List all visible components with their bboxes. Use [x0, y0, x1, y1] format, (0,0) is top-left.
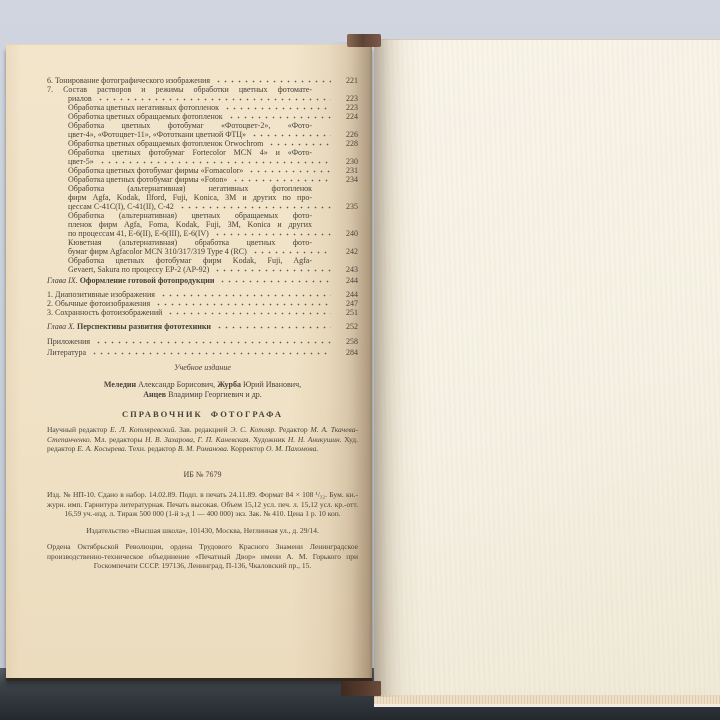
book-title: СПРАВОЧНИК ФОТОГРАФА	[47, 410, 358, 420]
toc-entry: 2. Обычные фотоизображения247	[47, 299, 358, 308]
toc-entry: Обработка цветных фотобумаг фирмы «Fomac…	[47, 166, 358, 175]
toc-dot-leader	[91, 348, 331, 356]
toc-entry-last-line: цвет-5»230	[68, 157, 358, 166]
toc-entry: Обработка цветных фотобумаг фирмы «Foton…	[47, 175, 358, 184]
toc-chapter-prefix: Глава X.	[47, 322, 77, 331]
toc-dot-leader	[219, 276, 331, 284]
toc-dot-leader	[155, 299, 331, 307]
toc-chapter-title: Оформление готовой фотопродукции	[80, 276, 215, 285]
toc-entry: Приложения258	[47, 337, 358, 346]
toc-entry: 3. Сохранность фотоизображений251	[47, 308, 358, 317]
ib-number: ИБ № 7679	[47, 470, 358, 480]
toc-entry-line: Обработка цветных фотобумаг Fortecolor M…	[68, 148, 358, 157]
spine-headband-top	[347, 34, 381, 47]
toc-chapter-prefix: Глава IX.	[47, 276, 80, 285]
gutter-shadow-right	[374, 39, 404, 697]
toc-entry-text: бумаг фирм Agfacolor MCN 310/317/319 Typ…	[68, 247, 247, 256]
text-segment: О. М. Пахомова.	[266, 444, 318, 453]
toc-dot-leader	[160, 290, 331, 298]
gutter-shadow-left	[328, 42, 372, 678]
text-segment: В. М. Романова.	[178, 444, 229, 453]
spine-headband-bottom	[341, 681, 381, 696]
toc-entry-last-line: Глава IX. Оформление готовой фотопродукц…	[47, 276, 358, 285]
toc-entry: Глава IX. Оформление готовой фотопродукц…	[47, 276, 358, 285]
toc-dot-leader	[268, 139, 331, 147]
toc-entry: Глава X. Перспективы развития фототехник…	[47, 322, 358, 331]
colophon: Учебное издание Меледин Александр Борисо…	[47, 363, 358, 571]
text-segment: Научный редактор	[47, 425, 110, 434]
toc-entry-line: Обработка (альтернативная) негативных фо…	[68, 184, 358, 193]
toc-dot-leader	[251, 130, 331, 138]
authors-line-2: Анцев Владимир Георгиевич и др.	[47, 390, 358, 401]
text-segment: Анцев	[143, 390, 166, 399]
text-segment: Е. Л. Котляревский.	[110, 425, 176, 434]
page-block-fore-edge	[374, 695, 720, 707]
toc-entry-last-line: 6. Тонирование фотографического изображе…	[47, 76, 358, 85]
toc-dot-leader	[97, 94, 331, 102]
toc-entry-text: 3. Сохранность фотоизображений	[47, 308, 162, 317]
toc-entry-last-line: цвет-4», «Фотоцвет-11», «Фототкани цветн…	[68, 130, 358, 139]
toc-dot-leader	[99, 157, 331, 165]
toc-entry-last-line: Обработка цветных обращаемых фотопленок2…	[68, 112, 358, 121]
toc-entry: Обработка цветных фотобумаг «Фотоцвет-2»…	[47, 121, 358, 139]
toc-entry-last-line: риалов223	[68, 94, 358, 103]
toc-dot-leader	[224, 103, 331, 111]
text-segment: Э. С. Котляр.	[230, 425, 276, 434]
toc-entry-last-line: 1. Диапозитивные изображения244	[47, 290, 358, 299]
toc-entry-last-line: Обработка цветных фотобумаг фирмы «Fomac…	[68, 166, 358, 175]
text-segment: Меледин	[104, 380, 136, 389]
toc-dot-leader	[252, 247, 331, 255]
text-segment: Корректор	[229, 444, 266, 453]
toc-entry: 7. Состав растворов и режимы обработки ц…	[47, 85, 358, 103]
authors-line-1: Меледин Александр Борисович, Журба Юрий …	[47, 380, 358, 391]
toc-entry-last-line: Gevaert, Sakura по процессу ЕР-2 (АР-92)…	[68, 265, 358, 274]
toc-entry-text: 2. Обычные фотоизображения	[47, 299, 150, 308]
left-page: 6. Тонирование фотографического изображе…	[6, 44, 372, 678]
text-segment: Редактор	[276, 425, 310, 434]
toc-entry: Обработка (альтернативная) цветных обращ…	[47, 211, 358, 238]
toc-entry-text: Обработка цветных обращаемых фотопленок …	[68, 139, 263, 148]
text-segment: Художник	[250, 435, 288, 444]
toc-entry-text: Обработка цветных фотобумаг фирмы «Fomac…	[68, 166, 243, 175]
text-segment: Мл. редакторы	[92, 435, 146, 444]
toc-entry-last-line: по процессам 41, Е-6(II), Е-6(III), Е-6(…	[68, 229, 358, 238]
toc-entry: Обработка цветных фотобумаг фирм Kodak, …	[47, 256, 358, 274]
toc-dot-leader	[179, 202, 331, 210]
toc-entry-last-line: 2. Обычные фотоизображения247	[47, 299, 358, 308]
toc-entry-last-line: Литература284	[47, 348, 358, 357]
text-segment: Александр Борисович,	[136, 380, 217, 389]
toc-entry: Обработка цветных обращаемых фотопленок2…	[47, 112, 358, 121]
toc-entry-text: 6. Тонирование фотографического изображе…	[47, 76, 210, 85]
right-page-blank	[374, 39, 720, 698]
toc-entry-line: Кюветная (альтернативная) обработка цвет…	[68, 238, 358, 247]
toc-entry-last-line: бумаг фирм Agfacolor MCN 310/317/319 Typ…	[68, 247, 358, 256]
toc-entry-line: 7. Состав растворов и режимы обработки ц…	[47, 85, 358, 94]
toc-entry: Обработка цветных фотобумаг Fortecolor M…	[47, 148, 358, 166]
toc-dot-leader	[215, 76, 331, 84]
imprint-paragraph: Изд. № НП-10. Сдано в набор. 14.02.89. П…	[47, 490, 358, 519]
table-of-contents: 6. Тонирование фотографического изображе…	[47, 76, 358, 357]
editors-paragraph: Научный редактор Е. Л. Котляревский. Зав…	[47, 425, 358, 454]
toc-entry-last-line: Глава X. Перспективы развития фототехник…	[47, 322, 358, 331]
toc-entry-line: пленок фирм Agfa, Foma, Kodak, Fuji, 3М,…	[68, 220, 358, 229]
toc-entry-text: Gevaert, Sakura по процессу ЕР-2 (АР-92)	[68, 265, 209, 274]
toc-entry-last-line: Обработка цветных фотобумаг фирмы «Foton…	[68, 175, 358, 184]
toc-entry-last-line: Обработка цветных негативных фотопленок2…	[68, 103, 358, 112]
toc-entry-text: Приложения	[47, 337, 90, 346]
toc-entry-last-line: цессам С-41С(I), С-41(II), С-42235	[68, 202, 358, 211]
toc-entry: Обработка (альтернативная) негативных фо…	[47, 184, 358, 211]
text-segment: Н. В. Захарова,	[145, 435, 195, 444]
toc-entry: Литература284	[47, 348, 358, 357]
printer-paragraph: Ордена Октябрьской Революции, ордена Тру…	[47, 542, 358, 571]
toc-entry-last-line: Обработка цветных обращаемых фотопленок …	[68, 139, 358, 148]
toc-entry-text: Глава IX. Оформление готовой фотопродукц…	[47, 276, 214, 285]
toc-entry-last-line: Приложения258	[47, 337, 358, 346]
toc-entry: Кюветная (альтернативная) обработка цвет…	[47, 238, 358, 256]
toc-entry: Обработка цветных обращаемых фотопленок …	[47, 139, 358, 148]
toc-entry-text: цвет-5»	[68, 157, 94, 166]
toc-dot-leader	[216, 322, 331, 330]
text-segment: Журба	[217, 380, 241, 389]
toc-entry-text: Обработка цветных фотобумаг фирмы «Foton…	[68, 175, 227, 184]
toc-chapter-title: Перспективы развития фототехники	[77, 322, 211, 331]
toc-entry-text: Обработка цветных обращаемых фотопленок	[68, 112, 223, 121]
toc-entry-text: Глава X. Перспективы развития фототехник…	[47, 322, 211, 331]
text-segment: Техн. редактор	[127, 444, 178, 453]
toc-entry: 1. Диапозитивные изображения244	[47, 290, 358, 299]
publisher-paragraph: Издательство «Высшая школа», 101430, Мос…	[47, 526, 358, 536]
toc-entry-line: фирм Agfa, Kodak, Ilford, Fuji, Konica, …	[68, 193, 358, 202]
toc-entry-text: по процессам 41, Е-6(II), Е-6(III), Е-6(…	[68, 229, 209, 238]
toc-entry-line: Обработка цветных фотобумаг «Фотоцвет-2»…	[68, 121, 358, 130]
toc-entry-line: Обработка цветных фотобумаг фирм Kodak, …	[68, 256, 358, 265]
toc-entry-text: цессам С-41С(I), С-41(II), С-42	[68, 202, 174, 211]
toc-dot-leader	[214, 265, 331, 273]
toc-entry: 6. Тонирование фотографического изображе…	[47, 76, 358, 85]
toc-dot-leader	[167, 308, 331, 316]
toc-dot-leader	[232, 175, 331, 183]
toc-dot-leader	[95, 337, 331, 345]
toc-entry-line: Обработка (альтернативная) цветных обращ…	[68, 211, 358, 220]
toc-dot-leader	[248, 166, 331, 174]
text-segment: Зав. редакцией	[176, 425, 230, 434]
toc-entry-text: Обработка цветных негативных фотопленок	[68, 103, 219, 112]
edition-note: Учебное издание	[47, 363, 358, 373]
text-segment: Г. П. Каневская.	[198, 435, 251, 444]
text-segment: Юрий Иванович,	[241, 380, 301, 389]
toc-entry-text: риалов	[68, 94, 92, 103]
toc-dot-leader	[228, 112, 331, 120]
toc-entry-last-line: 3. Сохранность фотоизображений251	[47, 308, 358, 317]
text-segment: Е. А. Косырева.	[77, 444, 126, 453]
toc-entry-text: Литература	[47, 348, 86, 357]
toc-entry-text: цвет-4», «Фотоцвет-11», «Фототкани цветн…	[68, 130, 246, 139]
toc-entry-text: 1. Диапозитивные изображения	[47, 290, 155, 299]
text-segment: Владимир Георгиевич и др.	[166, 390, 262, 399]
toc-dot-leader	[214, 229, 331, 237]
book-photo-scene: 6. Тонирование фотографического изображе…	[0, 0, 720, 720]
toc-entry: Обработка цветных негативных фотопленок2…	[47, 103, 358, 112]
